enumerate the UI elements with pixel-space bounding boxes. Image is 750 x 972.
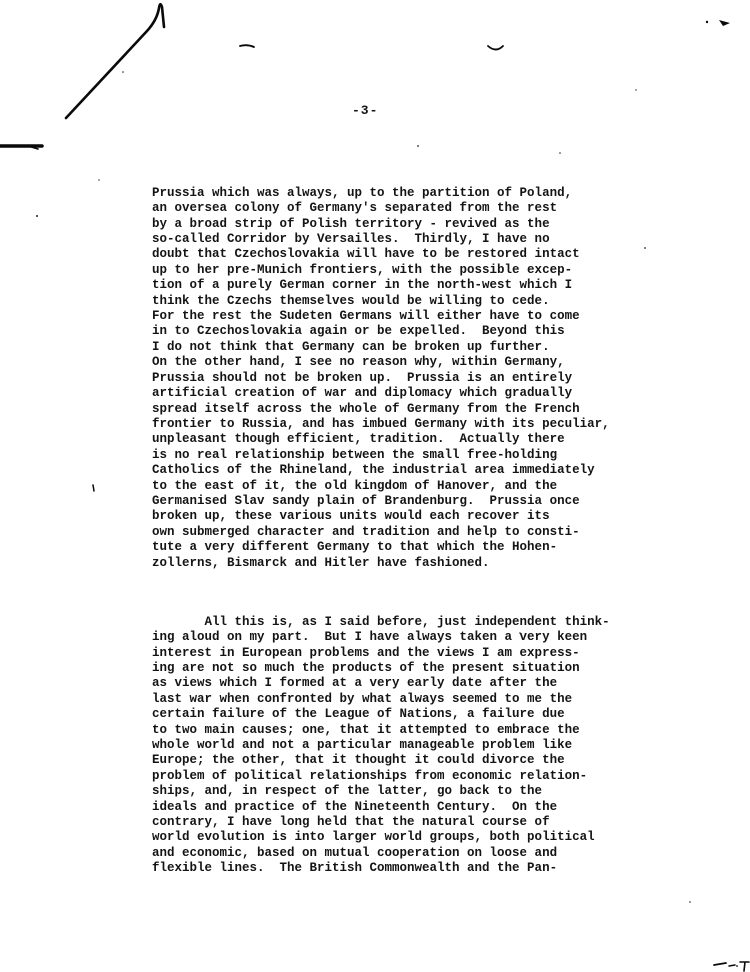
ink-speck-icon [736, 965, 738, 967]
scanned-document-page: -3- Prussia which was always, up to the … [0, 0, 750, 972]
pen-stroke-diagonal-icon [66, 4, 164, 118]
pen-dash-bottom-right-2-icon [729, 965, 735, 966]
pen-mark-bottom-right-t-icon [740, 962, 749, 971]
margin-tick-icon [93, 485, 94, 491]
ink-speck-icon [36, 215, 38, 217]
ink-speck-icon [644, 247, 646, 249]
ink-speck-icon [98, 179, 99, 180]
ink-speck-icon [122, 71, 124, 73]
pen-curve-upper-right-icon [488, 46, 503, 50]
ink-speck-icon [559, 152, 561, 154]
pen-dash-left-edge-tick-icon [28, 146, 38, 149]
ink-blot-top-right-icon [719, 20, 730, 26]
document-body: Prussia which was always, up to the part… [152, 155, 632, 908]
ink-speck-icon [635, 89, 636, 90]
ink-speck-icon [689, 901, 691, 903]
ink-speck-icon [417, 145, 419, 147]
ink-speck-icon [706, 21, 708, 23]
paragraph-independent-thinking: All this is, as I said before, just inde… [152, 615, 632, 877]
pen-dash-bottom-right-1-icon [714, 963, 726, 965]
pen-dash-upper-left-icon [240, 45, 254, 47]
paragraph-prussia: Prussia which was always, up to the part… [152, 186, 632, 571]
page-number: -3- [352, 103, 378, 118]
